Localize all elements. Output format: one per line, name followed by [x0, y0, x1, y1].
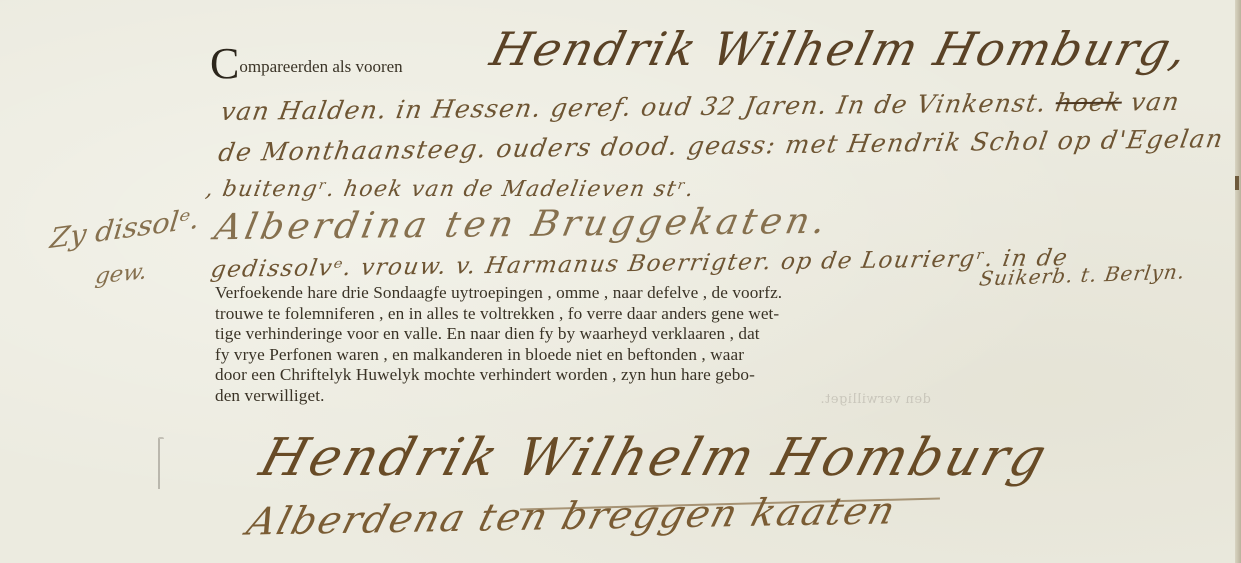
intro-text: ompareerden als vooren — [239, 57, 402, 76]
printed-line: den verwilliget. — [215, 386, 980, 407]
printed-line: door een Chriftelyk Huwelyk mochte verhi… — [215, 365, 980, 386]
pencil-mark — [158, 437, 164, 489]
groom-details-line2: de Monthaansteeg. ouders dood. geass: me… — [216, 124, 1226, 167]
printed-line: tige verhinderinge voor en valle. En naa… — [215, 324, 980, 345]
printed-intro: Compareerden als vooren — [210, 44, 403, 84]
groom-details-line1: van Halden. in Hessen. geref. oud 32 Jar… — [219, 87, 1183, 126]
bride-details-line1: gedissolvᵉ. vrouw. v. Harmanus Boerrigte… — [209, 245, 1071, 283]
drop-cap: C — [210, 39, 239, 88]
bride-name: Alberdina ten Bruggekaten. — [211, 201, 833, 248]
printed-line: trouwe te folemniferen , en in alles te … — [215, 304, 980, 325]
groom-line1-text: van Halden. in Hessen. geref. oud 32 Jar… — [219, 88, 1058, 126]
groom-signature: Hendrik Wilhelm Homburg — [253, 428, 1055, 488]
register-page: den verwilliget. Zy dissolᵉ. gew. Compar… — [0, 0, 1241, 563]
margin-note-line2: gew. — [94, 259, 149, 289]
bride-signature: Alberdena ten breggen kaaten — [243, 488, 902, 543]
printed-body: Verfoekende hare drie Sondaagfe uytroepi… — [215, 283, 980, 407]
printed-line: fy vrye Perfonen waren , en malkanderen … — [215, 345, 980, 366]
groom-name: Hendrik Wilhelm Homburg, — [485, 22, 1194, 76]
groom-line1-end: van — [1119, 87, 1182, 117]
groom-details-line3: , buitengʳ. hoek van de Madelieven stʳ. — [204, 177, 697, 202]
printed-line: Verfoekende hare drie Sondaagfe uytroepi… — [215, 283, 980, 304]
groom-line1-struck-word: hoek — [1053, 88, 1124, 118]
binding-gutter — [1235, 0, 1241, 563]
binding-thread-mark — [1235, 176, 1239, 190]
margin-note-line1: Zy dissolᵉ. — [48, 202, 201, 255]
